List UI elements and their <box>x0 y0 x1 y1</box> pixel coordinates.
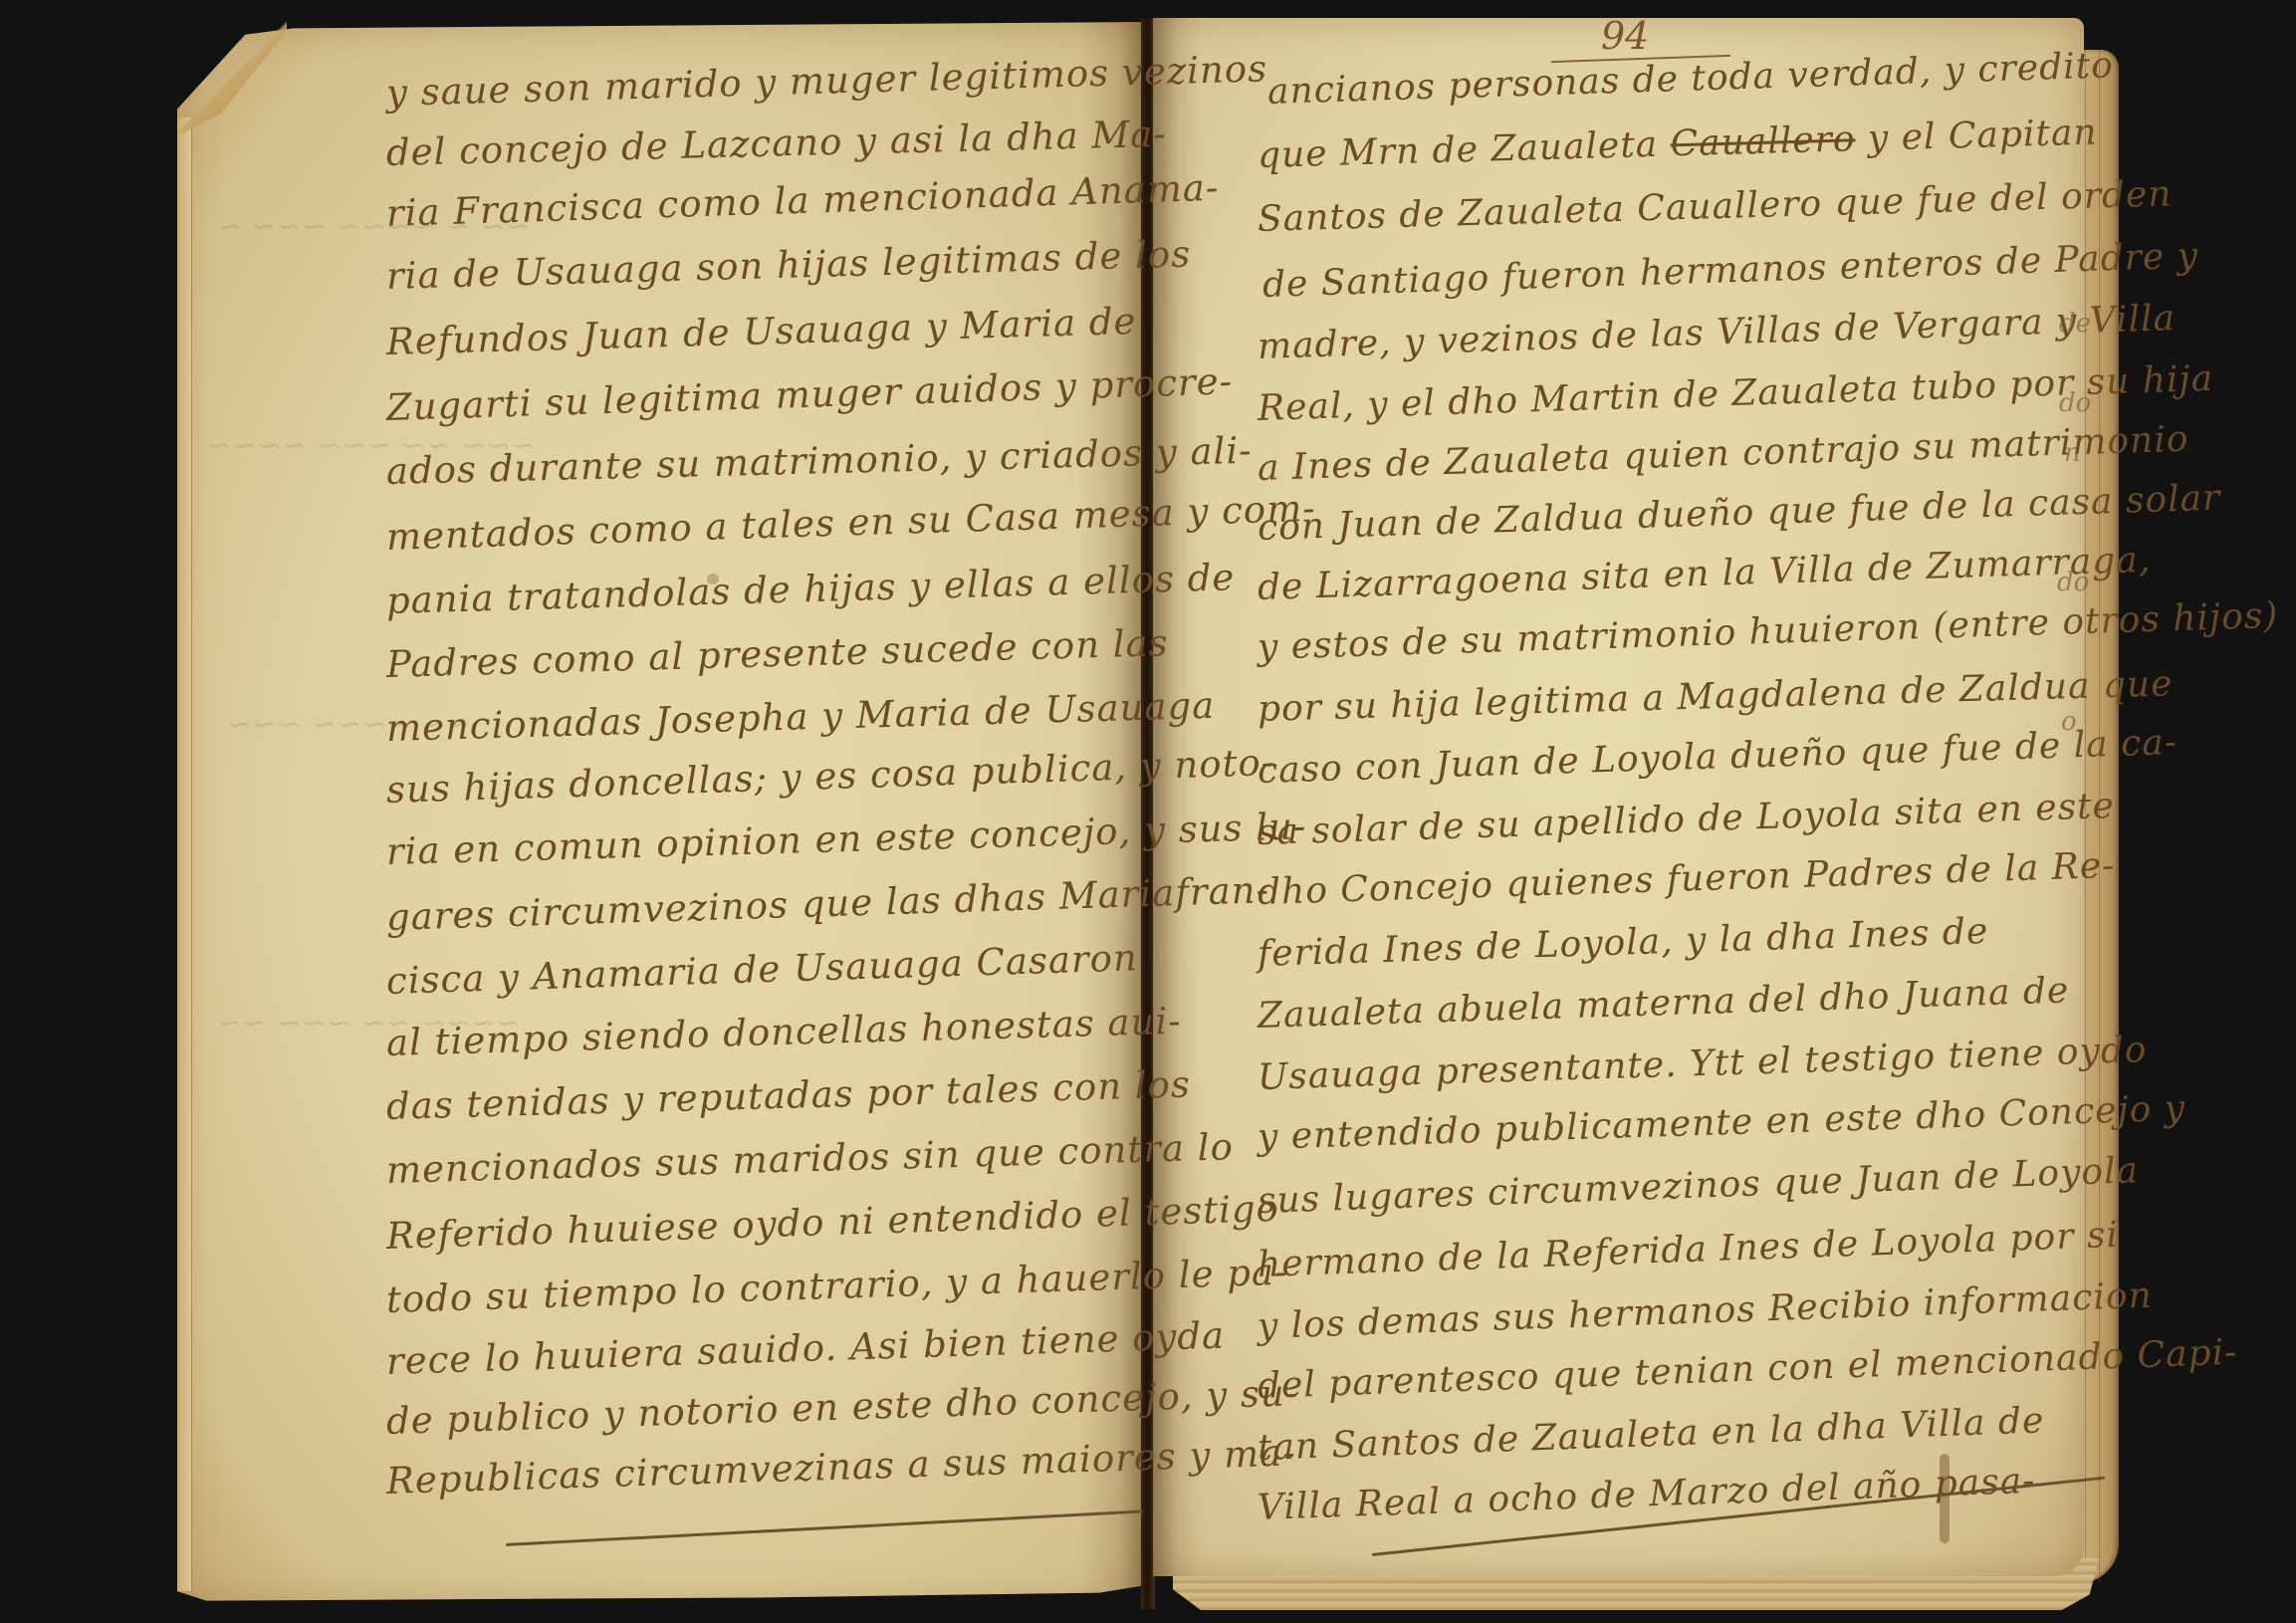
folio-number: 94 <box>1601 14 1649 58</box>
margin-mark: de <box>2059 309 2091 339</box>
left-page-edge <box>177 117 192 1592</box>
manuscript-photo: ~~ ~ ~~~~ ~~~ ~ ~~~ ~~ ~~~ ~~~~ ~~ ~~~~ … <box>0 0 2296 1623</box>
margin-mark: n <box>2064 438 2081 468</box>
right-line-2-text-end: y el Capitan <box>1855 112 2098 159</box>
ink-drip <box>1940 1454 1950 1543</box>
open-book: ~~ ~ ~~~~ ~~~ ~ ~~~ ~~ ~~~ ~~~~ ~~ ~~~~ … <box>177 10 2119 1613</box>
struck-word: Cauallero <box>1670 118 1856 164</box>
margin-mark: do <box>2057 568 2089 597</box>
margin-mark: o <box>2061 707 2077 737</box>
margin-mark: do <box>2059 388 2091 418</box>
